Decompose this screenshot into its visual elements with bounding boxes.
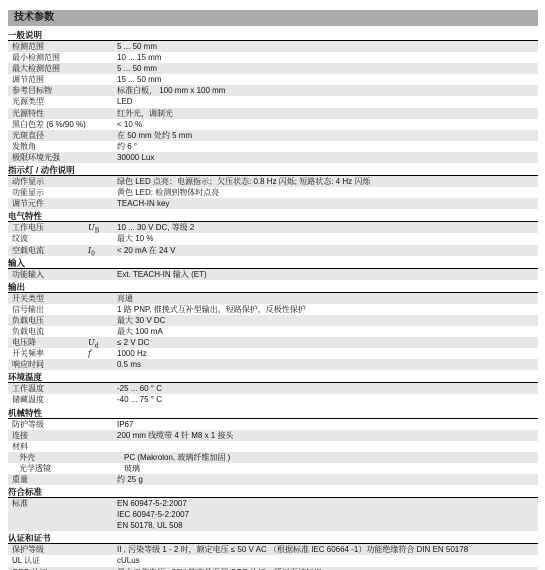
spec-row: UL 认证cULus: [8, 555, 538, 566]
section-header: 一般说明: [8, 28, 538, 41]
section-header: 输入: [8, 256, 538, 269]
spec-value: 5 ... 50 mm: [117, 41, 538, 52]
spec-row: 功能显示黄色 LED: 检测到物体时点亮: [8, 187, 538, 198]
spec-value: Ext. TEACH-IN 输入 (ET): [117, 269, 538, 280]
spec-row: 防护等级IP67: [8, 419, 538, 430]
spec-row: 纹波最大 10 %: [8, 233, 538, 244]
spec-value: TEACH-IN key: [117, 198, 538, 209]
spec-label: 响应时间: [8, 359, 88, 370]
spec-row: 外壳PC (Makrolon, 玻璃纤维加固 ): [8, 452, 538, 463]
spec-row: 信号输出1 路 PNP, 推挽式互补型输出，短路保护，反极性保护: [8, 304, 538, 315]
spec-label: 最大检测范围: [8, 63, 88, 74]
section-header: 机械特性: [8, 406, 538, 419]
spec-row: 负载电压最大 30 V DC: [8, 315, 538, 326]
spec-label: 光源类型: [8, 96, 88, 107]
spec-row: 调节元件TEACH-IN key: [8, 198, 538, 209]
section-header: 符合标准: [8, 485, 538, 498]
spec-label: 功能显示: [8, 187, 88, 198]
spec-symbol: Ud: [88, 337, 117, 348]
spec-value: 玻璃: [124, 463, 538, 474]
spec-label: 负载电流: [8, 326, 88, 337]
spec-value: PC (Makrolon, 玻璃纤维加固 ): [124, 452, 538, 463]
spec-row: 最小检测范围10 ... 15 mm: [8, 52, 538, 63]
spec-value: LED: [117, 96, 538, 107]
spec-label: UL 认证: [8, 555, 88, 566]
spec-row: CCC 认证最大工作电压 ≤36V 的产品无须 CCC 认证，所以无该标识: [8, 567, 538, 570]
spec-label: 发散角: [8, 141, 88, 152]
spec-row: 极限环境光强30000 Lux: [8, 152, 538, 163]
spec-label: 光源特性: [8, 108, 88, 119]
page-title: 技术参数: [8, 10, 538, 26]
spec-value: 标准白板， 100 mm x 100 mm: [117, 85, 538, 96]
spec-label: 保护等级: [8, 544, 88, 555]
spec-label: 电压降: [8, 337, 88, 348]
spec-label: 外壳: [8, 452, 95, 463]
spec-value: 10 ... 15 mm: [117, 52, 538, 63]
spec-row: 检测范围5 ... 50 mm: [8, 41, 538, 52]
spec-row: 光斑直径在 50 mm 处约 5 mm: [8, 130, 538, 141]
spec-row: 电压降Ud≤ 2 V DC: [8, 337, 538, 348]
spec-value: 0.5 ms: [117, 359, 538, 370]
spec-table: 一般说明检测范围5 ... 50 mm最小检测范围10 ... 15 mm最大检…: [8, 28, 538, 570]
spec-value: 30000 Lux: [117, 152, 538, 163]
spec-row: 响应时间0.5 ms: [8, 359, 538, 370]
spec-row: 开关类型亮通: [8, 293, 538, 304]
spec-label: 工作温度: [8, 383, 88, 394]
spec-label: 功能输入: [8, 269, 88, 280]
spec-row: 参考目标物标准白板， 100 mm x 100 mm: [8, 85, 538, 96]
spec-value: 1000 Hz: [117, 348, 538, 359]
spec-value: EN 60947-5-2:2007 IEC 60947-5-2:2007 EN …: [117, 498, 538, 531]
spec-row: 重量约 25 g: [8, 474, 538, 485]
spec-value: 15 ... 50 mm: [117, 74, 538, 85]
spec-value: 约 25 g: [117, 474, 538, 485]
spec-label: 重量: [8, 474, 88, 485]
spec-value: 黄色 LED: 检测到物体时点亮: [117, 187, 538, 198]
spec-label: 信号输出: [8, 304, 88, 315]
spec-row: 负载电流最大 100 mA: [8, 326, 538, 337]
section-header: 环境温度: [8, 370, 538, 383]
spec-row: 黑白色差 (6 %/90 %)< 10 %: [8, 119, 538, 130]
spec-label: 最小检测范围: [8, 52, 88, 63]
spec-row: 光源类型LED: [8, 96, 538, 107]
spec-value: 最大 30 V DC: [117, 315, 538, 326]
spec-row: 光学透镜玻璃: [8, 463, 538, 474]
spec-value: 红外光，调制光: [117, 108, 538, 119]
spec-value: ≤ 2 V DC: [117, 337, 538, 348]
section-header: 输出: [8, 280, 538, 293]
spec-row: 开关频率f1000 Hz: [8, 348, 538, 359]
spec-row: 发散角约 6 °: [8, 141, 538, 152]
spec-value: IP67: [117, 419, 538, 430]
spec-label: 材料: [8, 441, 88, 452]
spec-row: 连接200 mm 线缆带 4 针 M8 x 1 接头: [8, 430, 538, 441]
spec-row: 空载电流I0< 20 mA 在 24 V: [8, 245, 538, 256]
spec-row: 材料: [8, 441, 538, 452]
datasheet-page: 技术参数 一般说明检测范围5 ... 50 mm最小检测范围10 ... 15 …: [0, 0, 545, 570]
spec-value: < 20 mA 在 24 V: [117, 245, 538, 256]
spec-row: 功能输入Ext. TEACH-IN 输入 (ET): [8, 269, 538, 280]
spec-label: 参考目标物: [8, 85, 88, 96]
spec-value: 亮通: [117, 293, 538, 304]
spec-row: 调节范围15 ... 50 mm: [8, 74, 538, 85]
section-header: 认证和证书: [8, 531, 538, 544]
spec-value: < 10 %: [117, 119, 538, 130]
spec-value: 最大 10 %: [117, 233, 538, 244]
spec-label: 开关类型: [8, 293, 88, 304]
spec-symbol: UB: [88, 222, 117, 233]
section-header: 电气特性: [8, 209, 538, 222]
spec-value: II , 污染等级 1 - 2 时，额定电压 ≤ 50 V AC （根据标准 I…: [117, 544, 538, 555]
spec-value: 在 50 mm 处约 5 mm: [117, 130, 538, 141]
spec-label: 动作显示: [8, 176, 88, 187]
spec-label: 工作电压: [8, 222, 88, 233]
spec-label: 调节元件: [8, 198, 88, 209]
spec-label: 负载电压: [8, 315, 88, 326]
spec-label: 调节范围: [8, 74, 88, 85]
spec-row: 标准EN 60947-5-2:2007 IEC 60947-5-2:2007 E…: [8, 498, 538, 531]
spec-row: 工作电压UB10 ... 30 V DC, 等级 2: [8, 222, 538, 233]
spec-label: 标准: [8, 498, 88, 509]
spec-value: 1 路 PNP, 推挽式互补型输出，短路保护，反极性保护: [117, 304, 538, 315]
spec-row: 工作温度-25 ... 60 ° C: [8, 383, 538, 394]
spec-value: 200 mm 线缆带 4 针 M8 x 1 接头: [117, 430, 538, 441]
spec-value: 约 6 °: [117, 141, 538, 152]
spec-row: 保护等级II , 污染等级 1 - 2 时，额定电压 ≤ 50 V AC （根据…: [8, 544, 538, 555]
spec-row: 最大检测范围5 ... 50 mm: [8, 63, 538, 74]
spec-label: 黑白色差 (6 %/90 %): [8, 119, 88, 130]
spec-label: 储藏温度: [8, 394, 88, 405]
spec-value: -40 ... 75 ° C: [117, 394, 538, 405]
spec-row: 光源特性红外光，调制光: [8, 108, 538, 119]
spec-label: 纹波: [8, 233, 88, 244]
spec-value: 5 ... 50 mm: [117, 63, 538, 74]
spec-value: 最大 100 mA: [117, 326, 538, 337]
spec-symbol: f: [88, 348, 117, 359]
spec-value: -25 ... 60 ° C: [117, 383, 538, 394]
spec-row: 储藏温度-40 ... 75 ° C: [8, 394, 538, 405]
spec-label: 开关频率: [8, 348, 88, 359]
spec-label: 空载电流: [8, 245, 88, 256]
spec-value: cULus: [117, 555, 538, 566]
spec-value: 10 ... 30 V DC, 等级 2: [117, 222, 538, 233]
spec-label: 连接: [8, 430, 88, 441]
spec-value: 最大工作电压 ≤36V 的产品无须 CCC 认证，所以无该标识: [117, 567, 538, 570]
spec-label: CCC 认证: [8, 567, 88, 570]
spec-label: 极限环境光强: [8, 152, 88, 163]
spec-label: 光学透镜: [8, 463, 95, 474]
spec-symbol: I0: [88, 245, 117, 256]
spec-label: 光斑直径: [8, 130, 88, 141]
spec-value: 绿色 LED 点亮：电源指示；欠压状态: 0.8 Hz 闪烁; 短路状态: 4 …: [117, 176, 538, 187]
spec-label: 防护等级: [8, 419, 88, 430]
section-header: 指示灯 / 动作说明: [8, 163, 538, 176]
spec-label: 检测范围: [8, 41, 88, 52]
spec-row: 动作显示绿色 LED 点亮：电源指示；欠压状态: 0.8 Hz 闪烁; 短路状态…: [8, 176, 538, 187]
